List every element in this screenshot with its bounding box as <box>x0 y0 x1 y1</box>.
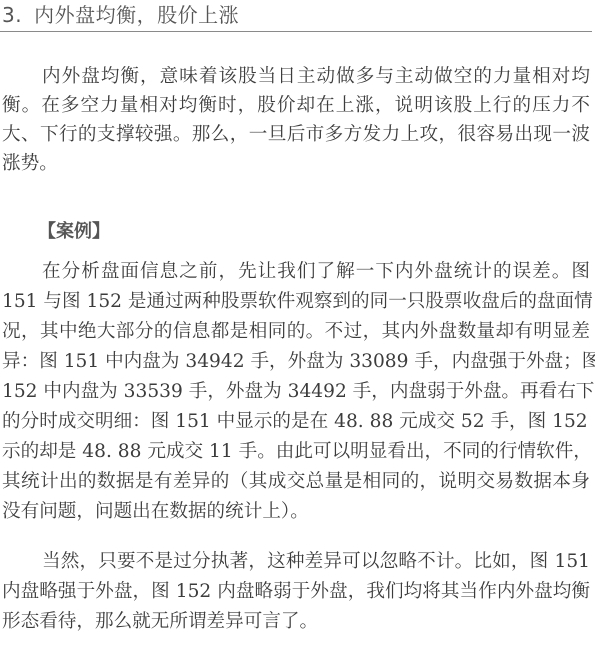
text-line: 示的却是 48. 88 元成交 11 手。由此可以明显看出，不同的行情软件， <box>2 437 590 467</box>
section-number: 3. <box>2 3 22 27</box>
text-line: 当然，只要不是过分执著，这种差异可以忽略不计。比如，图 151 <box>2 547 590 577</box>
text-line: 没有问题，问题出在数据的统计上）。 <box>2 497 590 527</box>
section-title: 内外盘均衡，股价上涨 <box>34 3 239 27</box>
case-label: 【案例】 <box>38 219 110 245</box>
text-line: 在分析盘面信息之前，先让我们了解一下内外盘统计的误差。图 <box>2 257 590 287</box>
text-line: 异：图 151 中内盘为 34942 手，外盘为 33089 手，内盘强于外盘；… <box>2 347 590 377</box>
heading-divider <box>0 31 592 32</box>
text-line: 况，其中绝大部分的信息都是相同的。不过，其内外盘数量却有明显差 <box>2 317 590 347</box>
text-line: 涨势。 <box>2 149 590 178</box>
text-line: 内外盘均衡，意味着该股当日主动做多与主动做空的力量相对均 <box>2 62 590 91</box>
text-line: 其统计出的数据是有差异的（其成交总量是相同的，说明交易数据本身 <box>2 467 590 497</box>
paragraph-conclusion: 当然，只要不是过分执著，这种差异可以忽略不计。比如，图 151 内盘略强于外盘，… <box>2 547 590 637</box>
text-line: 衡。在多空力量相对均衡时，股价却在上涨，说明该股上行的压力不 <box>2 91 590 120</box>
paragraph-case: 在分析盘面信息之前，先让我们了解一下内外盘统计的误差。图 151 与图 152 … <box>2 257 590 527</box>
section-heading: 3.内外盘均衡，股价上涨 <box>2 2 239 28</box>
text-line: 大、下行的支撑较强。那么，一旦后市多方发力上攻，很容易出现一波 <box>2 120 590 149</box>
text-line: 内盘略强于外盘，图 152 内盘略弱于外盘，我们均将其当作内外盘均衡 <box>2 577 590 607</box>
text-line: 的分时成交明细：图 151 中显示的是在 48. 88 元成交 52 手，图 1… <box>2 407 590 437</box>
text-line: 152 中内盘为 33539 手，外盘为 34492 手，内盘弱于外盘。再看右下… <box>2 377 590 407</box>
text-line: 形态看待，那么就无所谓差异可言了。 <box>2 607 590 637</box>
paragraph-intro: 内外盘均衡，意味着该股当日主动做多与主动做空的力量相对均 衡。在多空力量相对均衡… <box>2 62 590 178</box>
text-line: 151 与图 152 是通过两种股票软件观察到的同一只股票收盘后的盘面情 <box>2 287 590 317</box>
